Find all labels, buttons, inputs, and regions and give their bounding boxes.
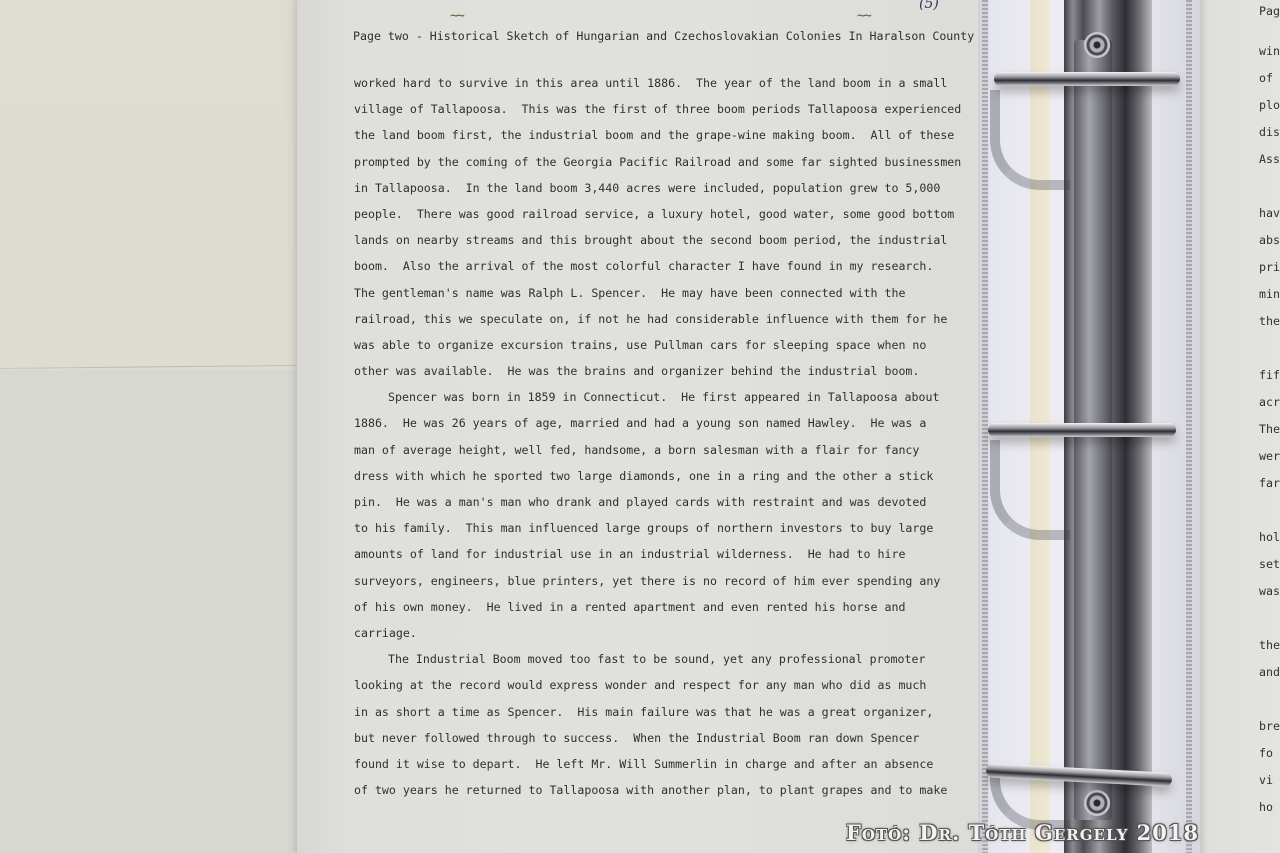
text-line: was able to organize excursion trains, u… (354, 332, 954, 358)
facing-page-text-fragment: wer (1259, 449, 1280, 463)
page-header: Page two - Historical Sketch of Hungaria… (353, 29, 974, 43)
facing-page-edge: PagwinofplodisAsshavabspriminthefifacrTh… (1200, 0, 1280, 853)
rivet-icon (1084, 790, 1110, 816)
facing-page-text-fragment: hol (1259, 530, 1280, 544)
text-line: 1886. He was 26 years of age, married an… (354, 410, 954, 436)
text-line: dress with which he sported two large di… (354, 463, 954, 489)
margin-mark-right: ~~ (857, 8, 870, 24)
sleeve-perforated-edge (982, 0, 988, 853)
facing-page-text-fragment: was (1259, 584, 1280, 598)
facing-page-text-fragment: plo (1259, 98, 1280, 112)
text-line: man of average height, well fed, handsom… (354, 437, 954, 463)
text-line: but never followed through to success. W… (354, 725, 954, 751)
binder-ring-top[interactable] (994, 72, 1180, 86)
facing-page-text-fragment: min (1259, 287, 1280, 301)
photo-credit-watermark: Fotó: Dr. Tóth Gergely 2018 (846, 820, 1199, 845)
text-line: of two years he returned to Tallapoosa w… (354, 777, 954, 803)
facing-page-text-fragment: the (1259, 638, 1280, 652)
text-line: to his family. This man influenced large… (354, 515, 954, 541)
sleeve-perforated-edge (1186, 0, 1192, 853)
facing-page-text-fragment: acr (1259, 395, 1280, 409)
text-line: railroad, this we speculate on, if not h… (354, 306, 954, 332)
text-line: The gentleman's name was Ralph L. Spence… (354, 280, 954, 306)
facing-page-text-fragment: win (1259, 44, 1280, 58)
text-line: Spencer was born in 1859 in Connecticut.… (354, 384, 954, 410)
text-line: the land boom first, the industrial boom… (354, 122, 954, 148)
facing-page-text-fragment: set (1259, 557, 1280, 571)
facing-page-text-fragment: bre (1259, 719, 1280, 733)
facing-page-text-fragment: The (1259, 422, 1280, 436)
facing-page-text-fragment: hav (1259, 206, 1280, 220)
text-line: carriage. (354, 620, 954, 646)
paper-fold-line (0, 365, 300, 369)
text-line: amounts of land for industrial use in an… (354, 541, 954, 567)
typed-document-page: ~~ ~~ (5) Page two - Historical Sketch o… (297, 0, 980, 853)
text-line: The Industrial Boom moved too fast to be… (354, 646, 954, 672)
handwritten-page-number: (5) (919, 0, 939, 12)
text-line: lands on nearby streams and this brought… (354, 227, 954, 253)
text-line: people. There was good railroad service,… (354, 201, 954, 227)
text-line: looking at the record would express wond… (354, 672, 954, 698)
text-line: found it wise to depart. He left Mr. Wil… (354, 751, 954, 777)
facing-page-text-fragment: abs (1259, 233, 1280, 247)
rivet-icon (1084, 32, 1110, 58)
text-line: in as short a time as Spencer. His main … (354, 699, 954, 725)
facing-page-text-fragment: vi (1259, 773, 1273, 787)
facing-page-text-fragment: the (1259, 314, 1280, 328)
text-line: pin. He was a man's man who drank and pl… (354, 489, 954, 515)
facing-page-text-fragment: ho (1259, 800, 1273, 814)
text-line: village of Tallapoosa. This was the firs… (354, 96, 954, 122)
facing-page-text-fragment: pri (1259, 260, 1280, 274)
facing-page-text-fragment: dis (1259, 125, 1280, 139)
facing-page-text-fragment: and (1259, 665, 1280, 679)
left-page-lower-sheet (0, 370, 300, 853)
text-line: in Tallapoosa. In the land boom 3,440 ac… (354, 175, 954, 201)
margin-mark-left: ~~ (450, 8, 463, 24)
text-line: prompted by the coming of the Georgia Pa… (354, 149, 954, 175)
text-line: surveyors, engineers, blue printers, yet… (354, 568, 954, 594)
text-line: other was available. He was the brains a… (354, 358, 954, 384)
document-body: worked hard to survive in this area unti… (354, 70, 954, 803)
text-line: boom. Also the arrival of the most color… (354, 253, 954, 279)
facing-page-text-fragment: Pag (1259, 4, 1280, 18)
blank-left-page (0, 0, 300, 853)
facing-page-text-fragment: fo (1259, 746, 1273, 760)
facing-page-text-fragment: fif (1259, 368, 1280, 382)
facing-page-text-fragment: Ass (1259, 152, 1280, 166)
binder-ring-middle[interactable] (988, 423, 1176, 437)
facing-page-text-fragment: far (1259, 476, 1280, 490)
facing-page-text-fragment: of (1259, 71, 1273, 85)
text-line: of his own money. He lived in a rented a… (354, 594, 954, 620)
text-line: worked hard to survive in this area unti… (354, 70, 954, 96)
